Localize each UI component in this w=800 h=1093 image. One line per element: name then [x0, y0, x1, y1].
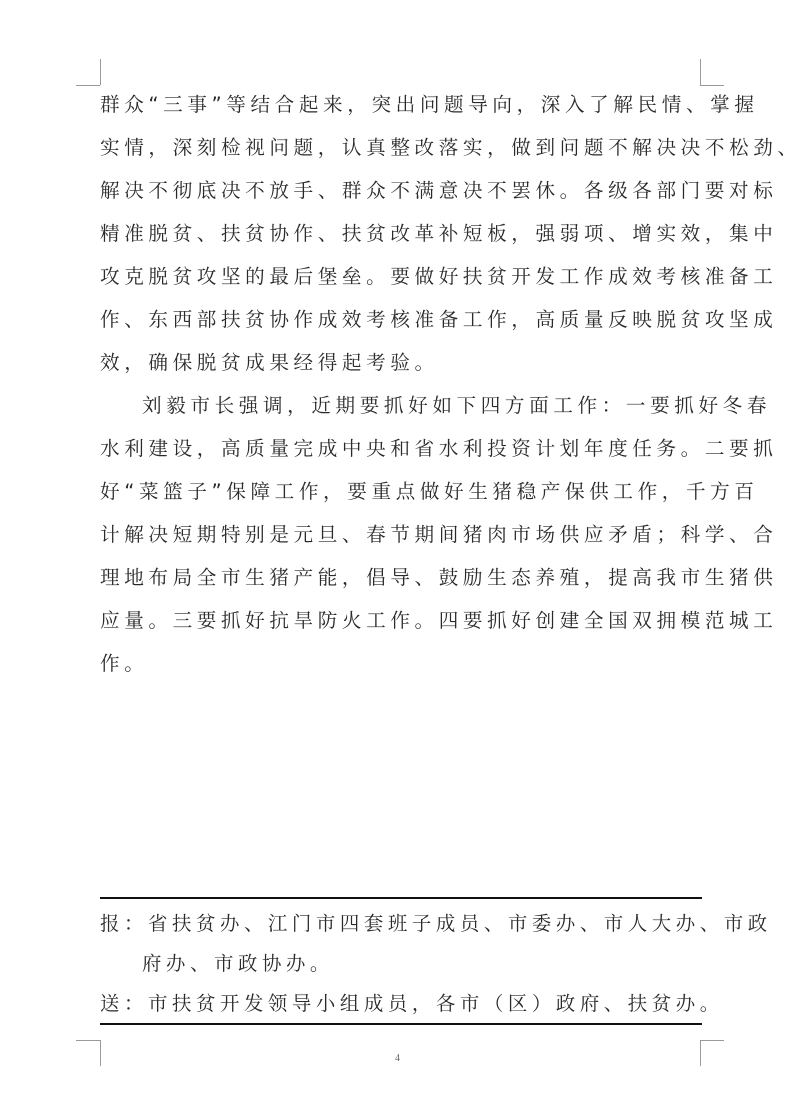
report-to-recipients: 省扶贫办、江门市四套班子成员、市委办、市人大办、市政: [148, 912, 772, 935]
report-to-recipients-continued: 府办、市政协办。: [100, 944, 702, 984]
text-line: 计解决短期特别是元旦、春节期间猪肉市场供应矛盾；科学、合: [100, 513, 702, 556]
text-line: 作、东西部扶贫协作成效考核准备工作，高质量反映脱贫攻坚成: [100, 298, 702, 341]
text-line: 解决不彻底决不放手、群众不满意决不罢休。各级各部门要对标: [100, 169, 702, 212]
text-line: 理地布局全市生猪产能，倡导、鼓励生态养殖，提高我市生猪供: [100, 556, 702, 599]
text-line: 实情，深刻检视问题，认真整改落实，做到问题不解决决不松劲、: [100, 126, 702, 169]
distribution-top-rule: [100, 897, 702, 899]
paragraph-continued: 群众“三事”等结合起来，突出问题导向，深入了解民情、掌握 实情，深刻检视问题，认…: [100, 83, 702, 384]
send-to-label: 送：: [100, 992, 148, 1015]
report-to-label: 报：: [100, 912, 148, 935]
distribution-bottom-rule: [100, 1023, 702, 1025]
distribution-block: 报：省扶贫办、江门市四套班子成员、市委办、市人大办、市政 府办、市政协办。 送：…: [100, 904, 702, 1024]
send-to-line: 送：市扶贫开发领导小组成员，各市（区）政府、扶贫办。: [100, 984, 702, 1024]
send-to-recipients: 市扶贫开发领导小组成员，各市（区）政府、扶贫办。: [148, 992, 724, 1015]
text-line: 水利建设，高质量完成中央和省水利投资计划年度任务。二要抓: [100, 427, 702, 470]
text-line: 效，确保脱贫成果经得起考验。: [100, 341, 702, 384]
page-number: 4: [395, 1053, 400, 1064]
text-line: 应量。三要抓好抗旱防火工作。四要抓好创建全国双拥模范城工: [100, 599, 702, 642]
report-to-line: 报：省扶贫办、江门市四套班子成员、市委办、市人大办、市政: [100, 904, 702, 944]
text-line: 好“菜篮子”保障工作，要重点做好生猪稳产保供工作，千方百: [100, 470, 702, 513]
text-line: 作。: [100, 642, 702, 685]
text-line: 精准脱贫、扶贫协作、扶贫改革补短板，强弱项、增实效，集中: [100, 212, 702, 255]
text-line: 刘毅市长强调，近期要抓好如下四方面工作：一要抓好冬春: [100, 384, 702, 427]
paragraph-mayor-remarks: 刘毅市长强调，近期要抓好如下四方面工作：一要抓好冬春 水利建设，高质量完成中央和…: [100, 384, 702, 685]
text-line: 群众“三事”等结合起来，突出问题导向，深入了解民情、掌握: [100, 83, 702, 126]
document-body: 群众“三事”等结合起来，突出问题导向，深入了解民情、掌握 实情，深刻检视问题，认…: [100, 83, 702, 685]
text-line: 攻克脱贫攻坚的最后堡垒。要做好扶贫开发工作成效考核准备工: [100, 255, 702, 298]
